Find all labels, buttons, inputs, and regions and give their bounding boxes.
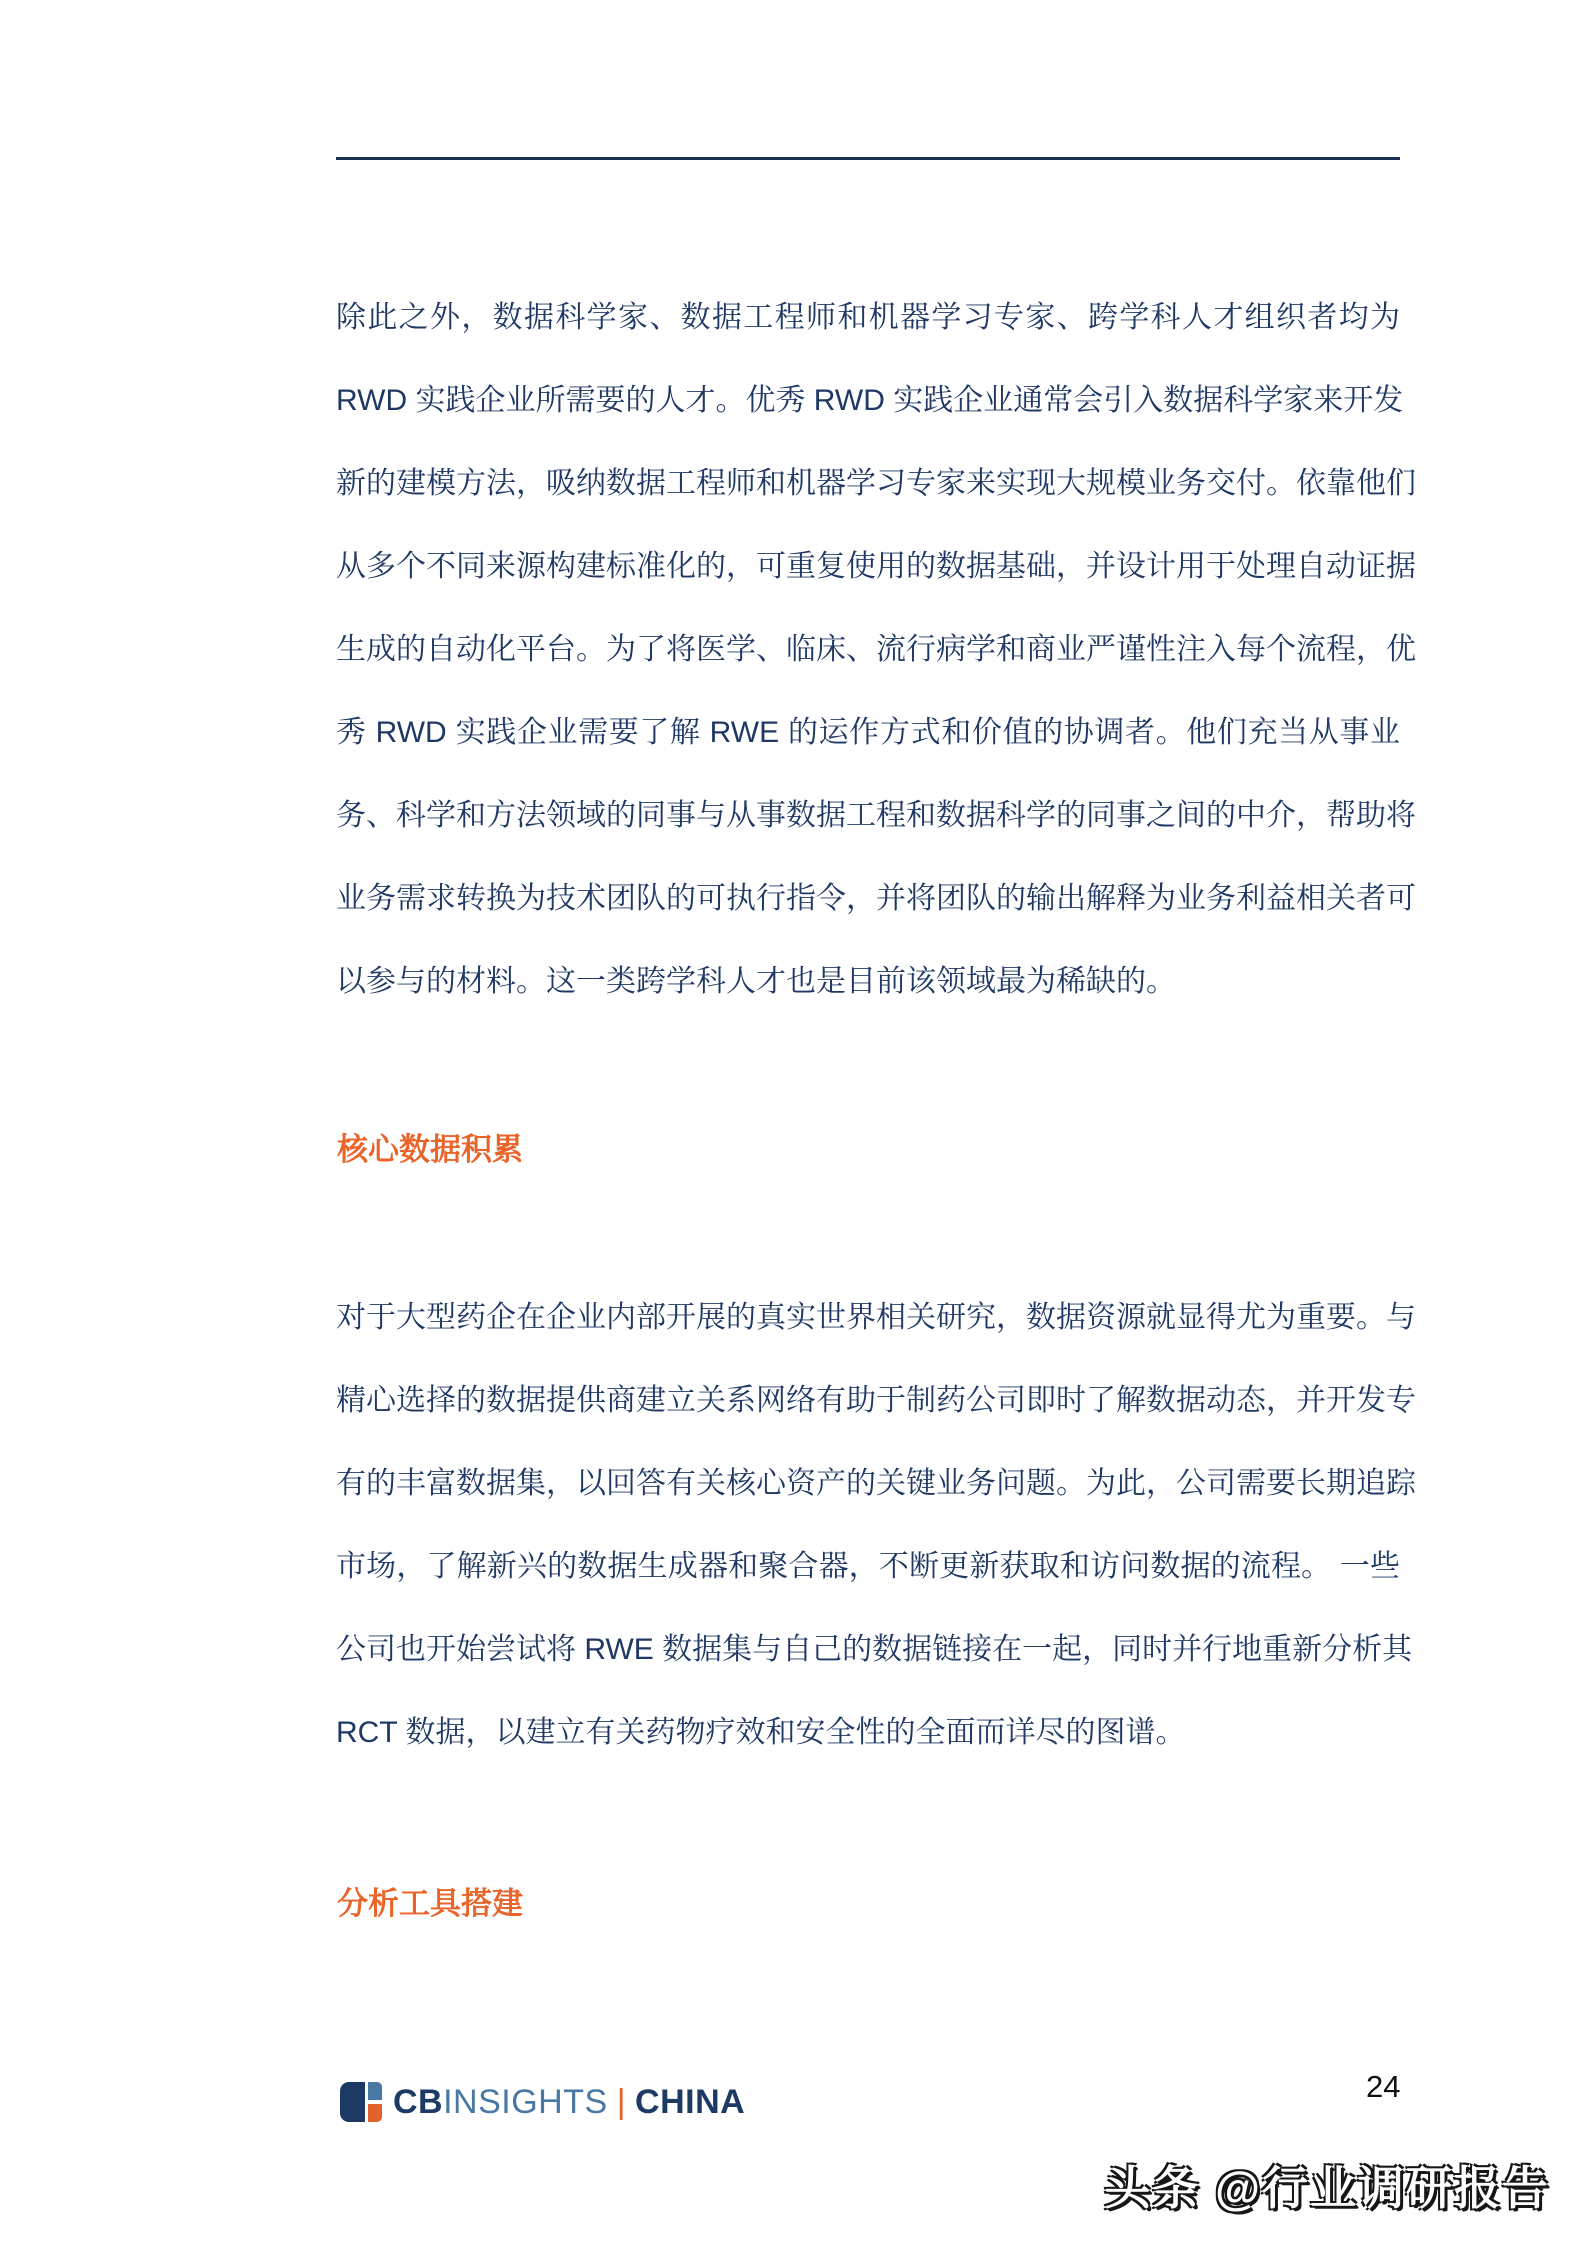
paragraph-line: 有的丰富数据集，以回答有关核心资产的关键业务问题。为此，公司需要长期追踪 xyxy=(336,1442,1400,1525)
cbinsights-logo: CBINSIGHTS|CHINA xyxy=(340,2080,745,2124)
logo-block-orange xyxy=(368,2104,382,2122)
paragraph-line: 从多个不同来源构建标准化的，可重复使用的数据基础，并设计用于处理自动证据 xyxy=(336,525,1400,608)
cbinsights-logo-text: CBINSIGHTS|CHINA xyxy=(393,2082,745,2122)
paragraph-line: 业务需求转换为技术团队的可执行指令，并将团队的输出解释为业务利益相关者可 xyxy=(336,857,1400,940)
paragraph-line: 秀 RWD 实践企业需要了解 RWE 的运作方式和价值的协调者。他们充当从事业 xyxy=(336,691,1400,774)
paragraph-line: 精心选择的数据提供商建立关系网络有助于制药公司即时了解数据动态，并开发专 xyxy=(336,1359,1400,1442)
paragraph-line: 对于大型药企在企业内部开展的真实世界相关研究，数据资源就显得尤为重要。与 xyxy=(336,1276,1400,1359)
cbinsights-logo-icon xyxy=(340,2082,382,2122)
paragraph-line: 以参与的材料。这一类跨学科人才也是目前该领域最为稀缺的。 xyxy=(336,940,1400,1023)
paragraph-line: RCT 数据，以建立有关药物疗效和安全性的全面而详尽的图谱。 xyxy=(336,1691,1400,1774)
logo-text-insights: INSIGHTS xyxy=(443,2083,608,2121)
section-heading-core-data: 核心数据积累 xyxy=(337,1130,523,1170)
paragraph-line: 务、科学和方法领域的同事与从事数据工程和数据科学的同事之间的中介，帮助将 xyxy=(336,774,1400,857)
header-rule xyxy=(336,157,1400,160)
paragraph-line: 除此之外，数据科学家、数据工程师和机器学习专家、跨学科人才组织者均为 xyxy=(336,276,1400,359)
toutiao-watermark: 头条 @行业调研报告 xyxy=(1104,2152,1550,2218)
section-heading-analysis-tools: 分析工具搭建 xyxy=(337,1884,523,1924)
paragraph-line: 生成的自动化平台。为了将医学、临床、流行病学和商业严谨性注入每个流程，优 xyxy=(336,608,1400,691)
page-number: 24 xyxy=(1366,2070,1400,2104)
paragraph-line: 新的建模方法，吸纳数据工程师和机器学习专家来实现大规模业务交付。依靠他们 xyxy=(336,442,1400,525)
logo-block-navy xyxy=(340,2082,365,2122)
paragraph-data-resources: 对于大型药企在企业内部开展的真实世界相关研究，数据资源就显得尤为重要。与 精心选… xyxy=(336,1276,1400,1774)
logo-text-china: CHINA xyxy=(635,2083,745,2121)
paragraph-talent: 除此之外，数据科学家、数据工程师和机器学习专家、跨学科人才组织者均为 RWD 实… xyxy=(336,276,1400,1023)
logo-block-blue xyxy=(368,2082,382,2100)
logo-text-separator: | xyxy=(608,2083,635,2121)
paragraph-line: RWD 实践企业所需要的人才。优秀 RWD 实践企业通常会引入数据科学家来开发 xyxy=(336,359,1400,442)
paragraph-line: 市场，了解新兴的数据生成器和聚合器，不断更新获取和访问数据的流程。 一些 xyxy=(336,1525,1400,1608)
logo-text-cb: CB xyxy=(393,2083,443,2121)
paragraph-line: 公司也开始尝试将 RWE 数据集与自己的数据链接在一起，同时并行地重新分析其 xyxy=(336,1608,1400,1691)
